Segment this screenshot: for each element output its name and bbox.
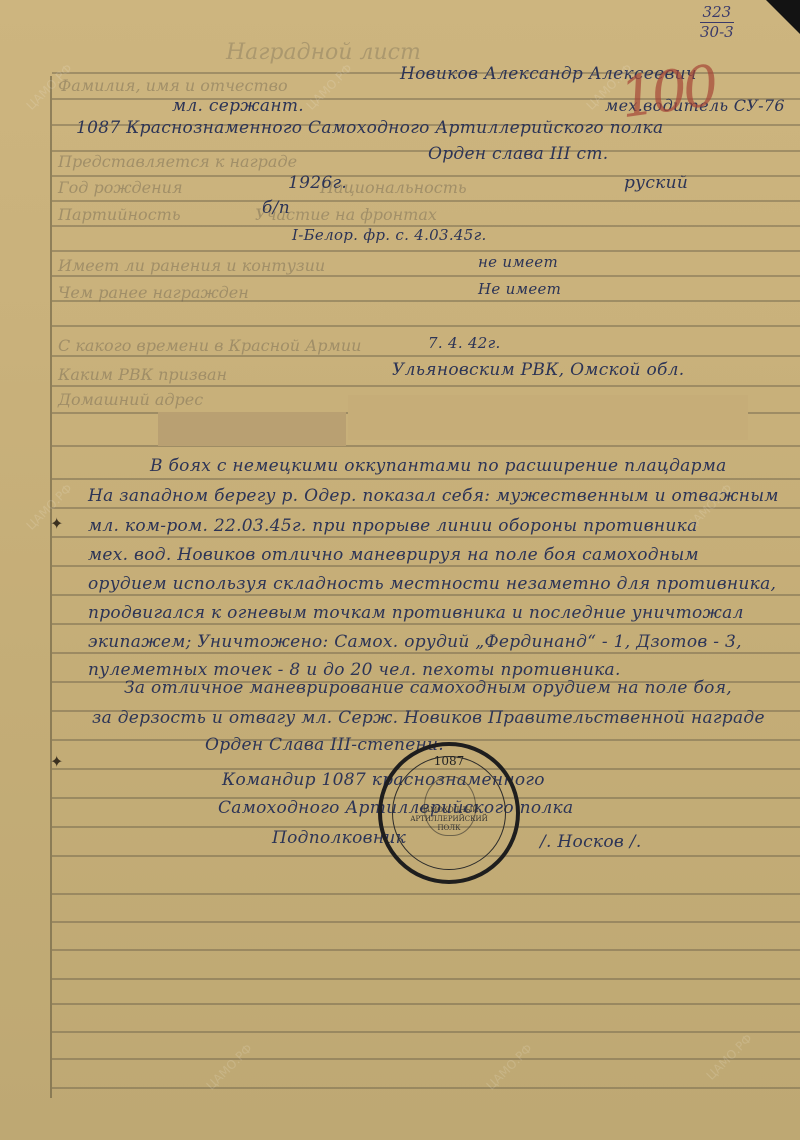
narrative-line: Орден Слава III-степени. xyxy=(205,735,444,755)
field-value-nationality: руский xyxy=(624,173,688,193)
narrative-line: За отличное маневрирование самоходным ор… xyxy=(124,678,732,698)
rule-line xyxy=(52,1003,800,1005)
scan-corner-shadow xyxy=(766,0,800,34)
stamp-text: САМОХОДНЫЙ АРТИЛЛЕРИЙСКИЙ ПОЛК xyxy=(400,806,498,833)
field-value-birth-year: 1926г. xyxy=(288,173,347,193)
narrative-line: мех. вод. Новиков отлично маневрируя на … xyxy=(88,545,699,565)
signatory-name: /. Носков /. xyxy=(540,832,642,852)
rule-line xyxy=(52,478,800,480)
narrative-line: На западном берегу р. Одер. показал себя… xyxy=(88,486,779,506)
archive-number-denominator: 30-3 xyxy=(700,22,734,40)
archive-number: 323 30-3 xyxy=(700,4,734,40)
rule-line xyxy=(52,565,800,567)
field-value-prior-awards: Не имеет xyxy=(478,280,561,298)
field-value-draft-office: Ульяновским РВК, Омской обл. xyxy=(392,360,685,380)
field-label-wounds: Имеет ли ранения и контузии xyxy=(58,256,325,275)
rule-line xyxy=(52,275,800,277)
field-value-award: Орден слава III ст. xyxy=(428,144,608,164)
redacted-address-block xyxy=(158,412,346,446)
watermark: ЦАМО.РФ xyxy=(704,1031,755,1082)
narrative-line: экипажем; Уничтожено: Самох. орудий „Фер… xyxy=(88,632,742,652)
rule-line xyxy=(52,325,800,327)
punch-hole-mark: ✦ xyxy=(50,752,63,772)
watermark: ЦАМО.РФ xyxy=(304,61,355,112)
field-label-birth-year: Год рождения xyxy=(58,178,183,197)
stamp-number: 1087 xyxy=(382,754,516,768)
rule-line xyxy=(52,355,800,357)
field-label-name: Фамилия, имя и отчество xyxy=(58,76,288,95)
redacted-address-block xyxy=(348,395,748,440)
rule-line xyxy=(52,1058,800,1060)
field-label-service-since: С какого времени в Красной Армии xyxy=(58,336,361,355)
narrative-line: мл. ком-ром. 22.03.45г. при прорыве лини… xyxy=(88,516,698,536)
field-label-draft-office: Каким РВК призван xyxy=(58,365,227,384)
rule-line xyxy=(52,507,800,509)
rule-line xyxy=(52,536,800,538)
red-pencil-mark: 100 xyxy=(616,54,719,132)
rule-line xyxy=(52,623,800,625)
narrative-line: В боях с немецкими оккупантами по расшир… xyxy=(150,456,727,476)
rule-line xyxy=(52,200,800,202)
award-sheet-scan: 323 30-3 Наградной лист Фамилия, имя и о… xyxy=(0,0,800,1140)
rule-line xyxy=(52,1031,800,1033)
narrative-line: за дерзость и отвагу мл. Серж. Новиков П… xyxy=(92,708,765,728)
field-value-unit: 1087 Краснознаменного Самоходного Артилл… xyxy=(76,118,663,138)
field-value-rank: мл. сержант. xyxy=(172,96,304,116)
rule-line xyxy=(52,893,800,895)
field-label-award: Представляется к награде xyxy=(58,152,297,171)
field-label-prior-awards: Чем ранее награжден xyxy=(58,283,249,302)
rule-line xyxy=(52,949,800,951)
rule-line xyxy=(52,594,800,596)
rule-line xyxy=(52,250,800,252)
field-value-wounds: не имеет xyxy=(478,253,558,271)
narrative-line: продвигался к огневым точкам противника … xyxy=(88,603,744,623)
rule-line xyxy=(52,652,800,654)
rule-line xyxy=(52,385,800,387)
field-value-party: б/п xyxy=(262,198,290,218)
document-title: Наградной лист xyxy=(226,40,421,65)
rule-line xyxy=(52,1087,800,1089)
left-margin-line xyxy=(50,76,52,1098)
field-value-fronts: I-Белор. фр. с. 4.03.45г. xyxy=(292,226,487,244)
punch-hole-mark: ✦ xyxy=(50,514,63,534)
field-label-party: Партийность xyxy=(58,205,181,224)
narrative-line: пулеметных точек - 8 и до 20 чел. пехоты… xyxy=(88,660,621,680)
archive-number-numerator: 323 xyxy=(700,4,734,20)
watermark: ЦАМО.РФ xyxy=(204,1041,255,1092)
rule-line xyxy=(52,978,800,980)
narrative-line: орудием используя складность местности н… xyxy=(88,574,776,594)
rule-line xyxy=(52,921,800,923)
field-label-home-address: Домашний адрес xyxy=(58,390,203,409)
regiment-stamp: 1087 САМОХОДНЫЙ АРТИЛЛЕРИЙСКИЙ ПОЛК xyxy=(378,742,520,884)
field-value-service-since: 7. 4. 42г. xyxy=(428,334,501,352)
watermark: ЦАМО.РФ xyxy=(484,1041,535,1092)
